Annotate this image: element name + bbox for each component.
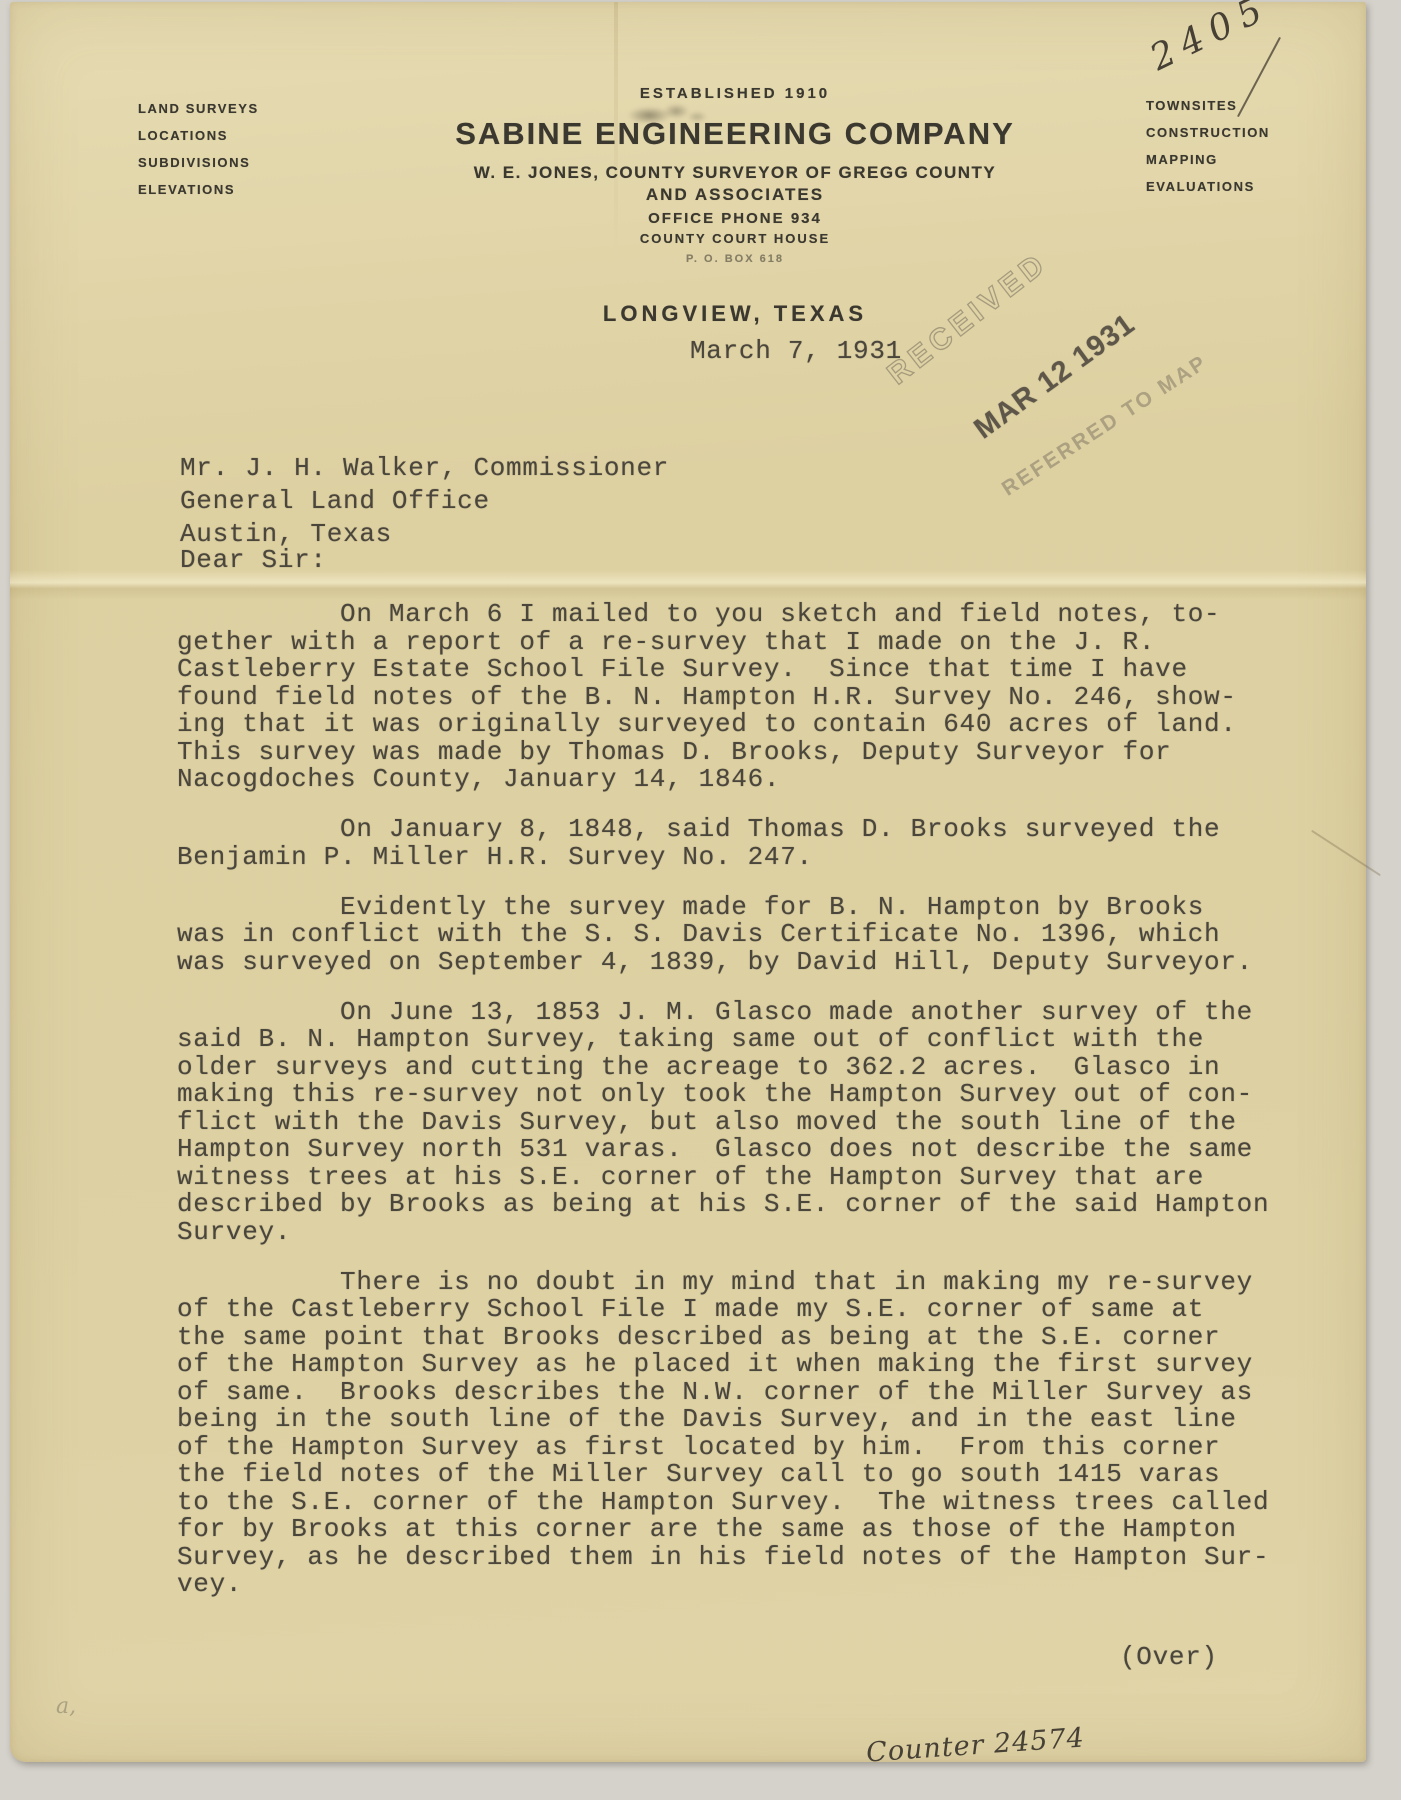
letter-line: flict with the Davis Survey, but also mo… [177, 1109, 1337, 1137]
service-label: SUBDIVISIONS [138, 155, 259, 168]
letter-line: said B. N. Hampton Survey, taking same o… [177, 1026, 1337, 1054]
services-list-left: LAND SURVEYSLOCATIONSSUBDIVISIONSELEVATI… [138, 101, 259, 209]
letter-line: of the Hampton Survey as he placed it wh… [177, 1351, 1337, 1379]
letter-paragraph: On March 6 I mailed to you sketch and fi… [177, 601, 1337, 794]
service-label: MAPPING [1146, 152, 1270, 165]
letter-body: On March 6 I mailed to you sketch and fi… [177, 601, 1337, 1599]
letter-paragraph: Evidently the survey made for B. N. Hamp… [177, 894, 1337, 977]
service-label: LAND SURVEYS [138, 101, 259, 114]
letter-line: This survey was made by Thomas D. Brooks… [177, 739, 1337, 767]
letter-line: On June 13, 1853 J. M. Glasco made anoth… [177, 999, 1337, 1027]
letter-line: of same. Brooks describes the N.W. corne… [177, 1379, 1337, 1407]
letter-line: the same point that Brooks described as … [177, 1324, 1337, 1352]
po-box-line: P. O. BOX 618 [390, 253, 1080, 265]
letter-line: the field notes of the Miller Survey cal… [177, 1461, 1337, 1489]
letter-line: Castleberry Estate School File Survey. S… [177, 656, 1337, 684]
service-label: LOCATIONS [138, 128, 259, 141]
letter-line: being in the south line of the Davis Sur… [177, 1406, 1337, 1434]
office-phone: OFFICE PHONE 934 [390, 210, 1080, 227]
service-label: EVALUATIONS [1146, 179, 1270, 192]
letter-paragraph: There is no doubt in my mind that in mak… [177, 1269, 1337, 1599]
letter-line: Nacogdoches County, January 14, 1846. [177, 766, 1337, 794]
letter-line: of the Hampton Survey as first located b… [177, 1434, 1337, 1462]
salutation: Dear Sir: [180, 547, 327, 575]
letter-line: Evidently the survey made for B. N. Hamp… [177, 894, 1337, 922]
letter-paragraph: On January 8, 1848, said Thomas D. Brook… [177, 816, 1337, 871]
recipient-line: General Land Office [180, 485, 669, 518]
recipient-address: Mr. J. H. Walker, CommissionerGeneral La… [180, 452, 669, 551]
letter-line: older surveys and cutting the acreage to… [177, 1054, 1337, 1082]
services-list-right: TOWNSITESCONSTRUCTIONMAPPINGEVALUATIONS [1146, 98, 1270, 206]
recipient-line: Mr. J. H. Walker, Commissioner [180, 452, 669, 485]
letter-date: March 7, 1931 [690, 338, 902, 366]
letter-paper: LAND SURVEYSLOCATIONSSUBDIVISIONSELEVATI… [10, 2, 1366, 1762]
service-label: TOWNSITES [1146, 98, 1270, 111]
letter-line: making this re-survey not only took the … [177, 1081, 1337, 1109]
letter-line: witness trees at his S.E. corner of the … [177, 1164, 1337, 1192]
letter-paragraph: On June 13, 1853 J. M. Glasco made anoth… [177, 999, 1337, 1247]
service-label: CONSTRUCTION [1146, 125, 1270, 138]
letter-line: On March 6 I mailed to you sketch and fi… [177, 601, 1337, 629]
letter-line: found field notes of the B. N. Hampton H… [177, 684, 1337, 712]
surveyor-line: W. E. JONES, COUNTY SURVEYOR OF GREGG CO… [390, 163, 1080, 183]
associates-line: AND ASSOCIATES [390, 185, 1080, 205]
letter-line: gether with a report of a re-survey that… [177, 629, 1337, 657]
letter-line: On January 8, 1848, said Thomas D. Brook… [177, 816, 1337, 844]
letter-line: There is no doubt in my mind that in mak… [177, 1269, 1337, 1297]
letter-line: for by Brooks at this corner are the sam… [177, 1516, 1337, 1544]
service-label: ELEVATIONS [138, 182, 259, 195]
letter-line: Survey, as he described them in his fiel… [177, 1544, 1337, 1572]
letter-line: was in conflict with the S. S. Davis Cer… [177, 921, 1337, 949]
pencil-corner-mark: a, [56, 1694, 76, 1719]
letter-line: described by Brooks as being at his S.E.… [177, 1191, 1337, 1219]
letter-line: vey. [177, 1571, 1337, 1599]
company-name: SABINE ENGINEERING COMPANY [390, 116, 1080, 152]
over-note: (Over) [1120, 1644, 1218, 1672]
handwritten-counter-note: Counter 24574 [865, 1722, 1086, 1768]
letter-line: Survey. [177, 1219, 1337, 1247]
letter-line: of the Castleberry School File I made my… [177, 1296, 1337, 1324]
letter-line: Benjamin P. Miller H.R. Survey No. 247. [177, 844, 1337, 872]
letter-line: to the S.E. corner of the Hampton Survey… [177, 1489, 1337, 1517]
established-line: ESTABLISHED 1910 [390, 85, 1080, 102]
court-house-line: COUNTY COURT HOUSE [390, 231, 1080, 246]
letter-line: was surveyed on September 4, 1839, by Da… [177, 949, 1337, 977]
letter-line: ing that it was originally surveyed to c… [177, 711, 1337, 739]
letter-line: Hampton Survey north 531 varas. Glasco d… [177, 1136, 1337, 1164]
scanned-letter: LAND SURVEYSLOCATIONSSUBDIVISIONSELEVATI… [0, 0, 1401, 1800]
handwritten-file-number: 2405 [1144, 0, 1277, 79]
